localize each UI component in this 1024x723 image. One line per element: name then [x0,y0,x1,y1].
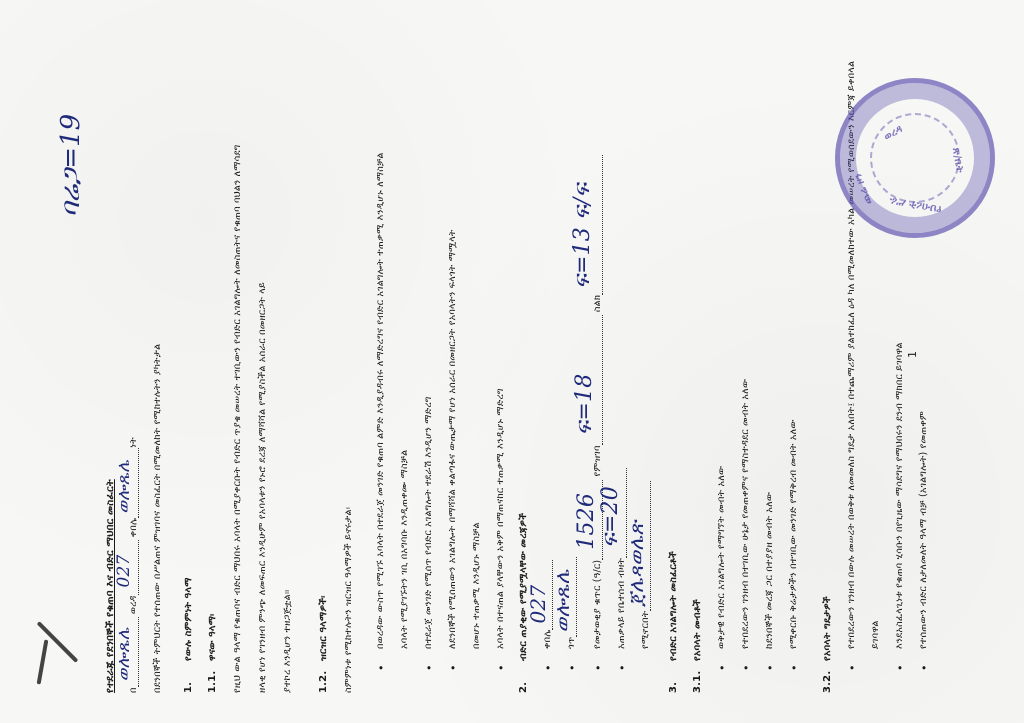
official-stamp: ጨሬ ዞን ወረዳ ጽ/ቤት የህብረት ሥራ [835,78,995,238]
place-handwritten: ወሎጼሌ [114,460,134,514]
intro-suffix: ነት [128,437,139,448]
right-bullet-3: ከደንበኞች መረጃ ጋር በተያያዘ መብት አለው [764,492,775,649]
section-3-1-heading: የአባላት መብቶች [692,599,703,661]
section-1-1-heading: ዋናው ዓላማ፡ [207,614,218,662]
page-number: 1 [906,351,919,358]
field-got-label: ጎጥ [566,637,577,649]
section-2-number: 2. [518,682,529,693]
document-page: የተደራጁ የደንበኞች የቁጠባ እና ብድር ማህበር መስፈርት በወሎጼ… [0,0,1024,723]
field-phone-value: ፍ=13 ፍ/ፍ [570,183,595,289]
field-residence-value: ጀሌጻወሌጽ [624,521,648,607]
kebele-field: 027 [128,540,139,595]
kebele-handwritten: 027 [114,554,134,587]
section-1-2-intro: ስምምነቱ የሚከተሉትን ዝርዝር ዓላማዎች ይኖሩታል፡ [343,507,354,693]
field-id-value: 1526 [574,493,599,550]
objective-bullet-2: በተደራጀ መንገድ የሚሰጥ የብድር አገልግሎት ተደራሽ እንዲሆን ማ… [423,396,434,649]
right-bullet-2: የተበደረውን ገንዘብ በተገቢው ሁኔታ የመጠቀምና የማስተዳደር መብ… [740,379,751,649]
section-1-1-line-2: ዘላቂ የሆነ የገንዘብ ምንጭ ለመፍጠር እንዲሁም የአባላቱን የኑሮ… [257,282,268,693]
section-1-2-number: 1.2. [318,671,329,693]
field-residence-line: ጀሌጻወሌጽ [640,481,651,611]
city-field: ወሎጼሌ [128,617,139,687]
stamp-inner-ring [870,113,960,203]
duty-bullet-2: እንደአስፈላጊነቱ የቁጠባ ሂሳቡን በየጊዜው ማሳደግና የማህበሩን … [894,342,905,649]
section-3-number: 3. [668,682,679,693]
intro-mid2: ቀበሌ [128,518,139,537]
section-3-2-heading: የአባላት ግዴታዎች [822,596,833,661]
field-got-value: ወሎጼሌ [550,569,574,632]
field-residence-label: የሚኖርበት [640,611,651,649]
field-id-label: የመታወቂያ ቁጥር (ዓ/ር) [592,560,603,649]
field-residence: የሚኖርበትጀሌጻወሌጽ [640,481,651,649]
right-bullet-1: ወቅታዊ የብድር አገልግሎት የማግኘት መብት አለው [716,466,727,649]
right-bullet-4: የሚቀርቡ ቅሬታዎችን በተገቢው መንገድ የማቅረብ መብት አለው [788,419,799,649]
field-registration-value: ፍ=18 [572,374,597,436]
section-3-1-number: 3.1. [692,671,703,693]
field-got: ጎጥወሎጼሌ [566,557,577,649]
duty-bullet-1-cont: ይገባዋል [870,620,881,649]
field-phone-label: ስልክ [592,295,603,312]
intro-prefix: በ [128,687,139,693]
stamp-text-1: ጨሬ ዞን [853,171,875,205]
field-phone-line: ፍ=13 ፍ/ፍ [592,155,603,295]
objective-bullet-3-cont: በመሆኑ ተጠቃሚ እንዲሆኑ ማስቻል [471,522,482,649]
objective-bullet-3: ለደንበኞች የሚሰጠውን አገልግሎት በማሻሻል ቀልጣፋና ውጤታማ የሆ… [447,229,458,649]
section-3-2-number: 3.2. [822,671,833,693]
city-handwritten: ወሎጼሌ [114,627,134,681]
section-1-1-line-3: ያተኮረ እንዲሆን ተዘጋጅቷል። [282,590,293,693]
objective-bullet-1: በወረዳው ውስጥ የሚገኙ አባላት በተደራጀ መንገድ የቁጠባ ልምድ … [375,152,386,649]
section-1-heading: የውሉ ስምምነት ዓላማ [183,577,194,661]
field-got-line: ወሎጼሌ [566,557,577,637]
section-1-2-heading: ዝርዝር ዓላማዎች፡ [318,595,329,661]
section-1-1-line-1: የዚህ ውል ዓላማ የቁጠባና ብድር ማህበሩ አባላት በሚያቀርቡት የ… [232,145,243,693]
intro-mid: ወረዳ [128,595,139,614]
section-3-heading: የብድር አገልግሎት መስፈርቶች [668,551,679,661]
field-registration-label: የምዝገባ [592,445,603,476]
field-kebele-value: 027 [526,585,550,624]
field-family-value: ፍ=20 [598,486,623,548]
field-registration-line: ፍ=18 [592,315,603,445]
field-id: የመታወቂያ ቁጥር (ዓ/ር)1526 የምዝገባፍ=18 ስልክፍ=13 ፍ… [592,155,603,649]
intro-line: በወሎጼሌ ወረዳ027 ቀበሌወሎጼሌነት [128,437,139,693]
place-field: ወሎጼሌ [128,448,139,518]
section-1-1-number: 1.1. [207,671,218,693]
objective-bullet-4: አባላት በተናጠል ያላቸውን አቅም በማጠናከር ተጠቃሚ እንዲሆኑ ማ… [495,388,506,649]
intro-paragraph: በደንበኞች ትምህርት የተሰጠው በሥልጠና ምዝገባና መስፈርት በሚመ… [152,344,163,693]
duty-bullet-3: የተሰጠውን ብድር ለታለመለት ዓላማ ብቻ (አገልግሎት) የመጠቀም [918,411,929,649]
objective-bullet-1-cont: አባላት የሚያገኙትን ገቢ በአግባቡ እንዲጠቀሙ ማስቻል [399,450,410,649]
section-1-number: 1. [183,682,194,693]
